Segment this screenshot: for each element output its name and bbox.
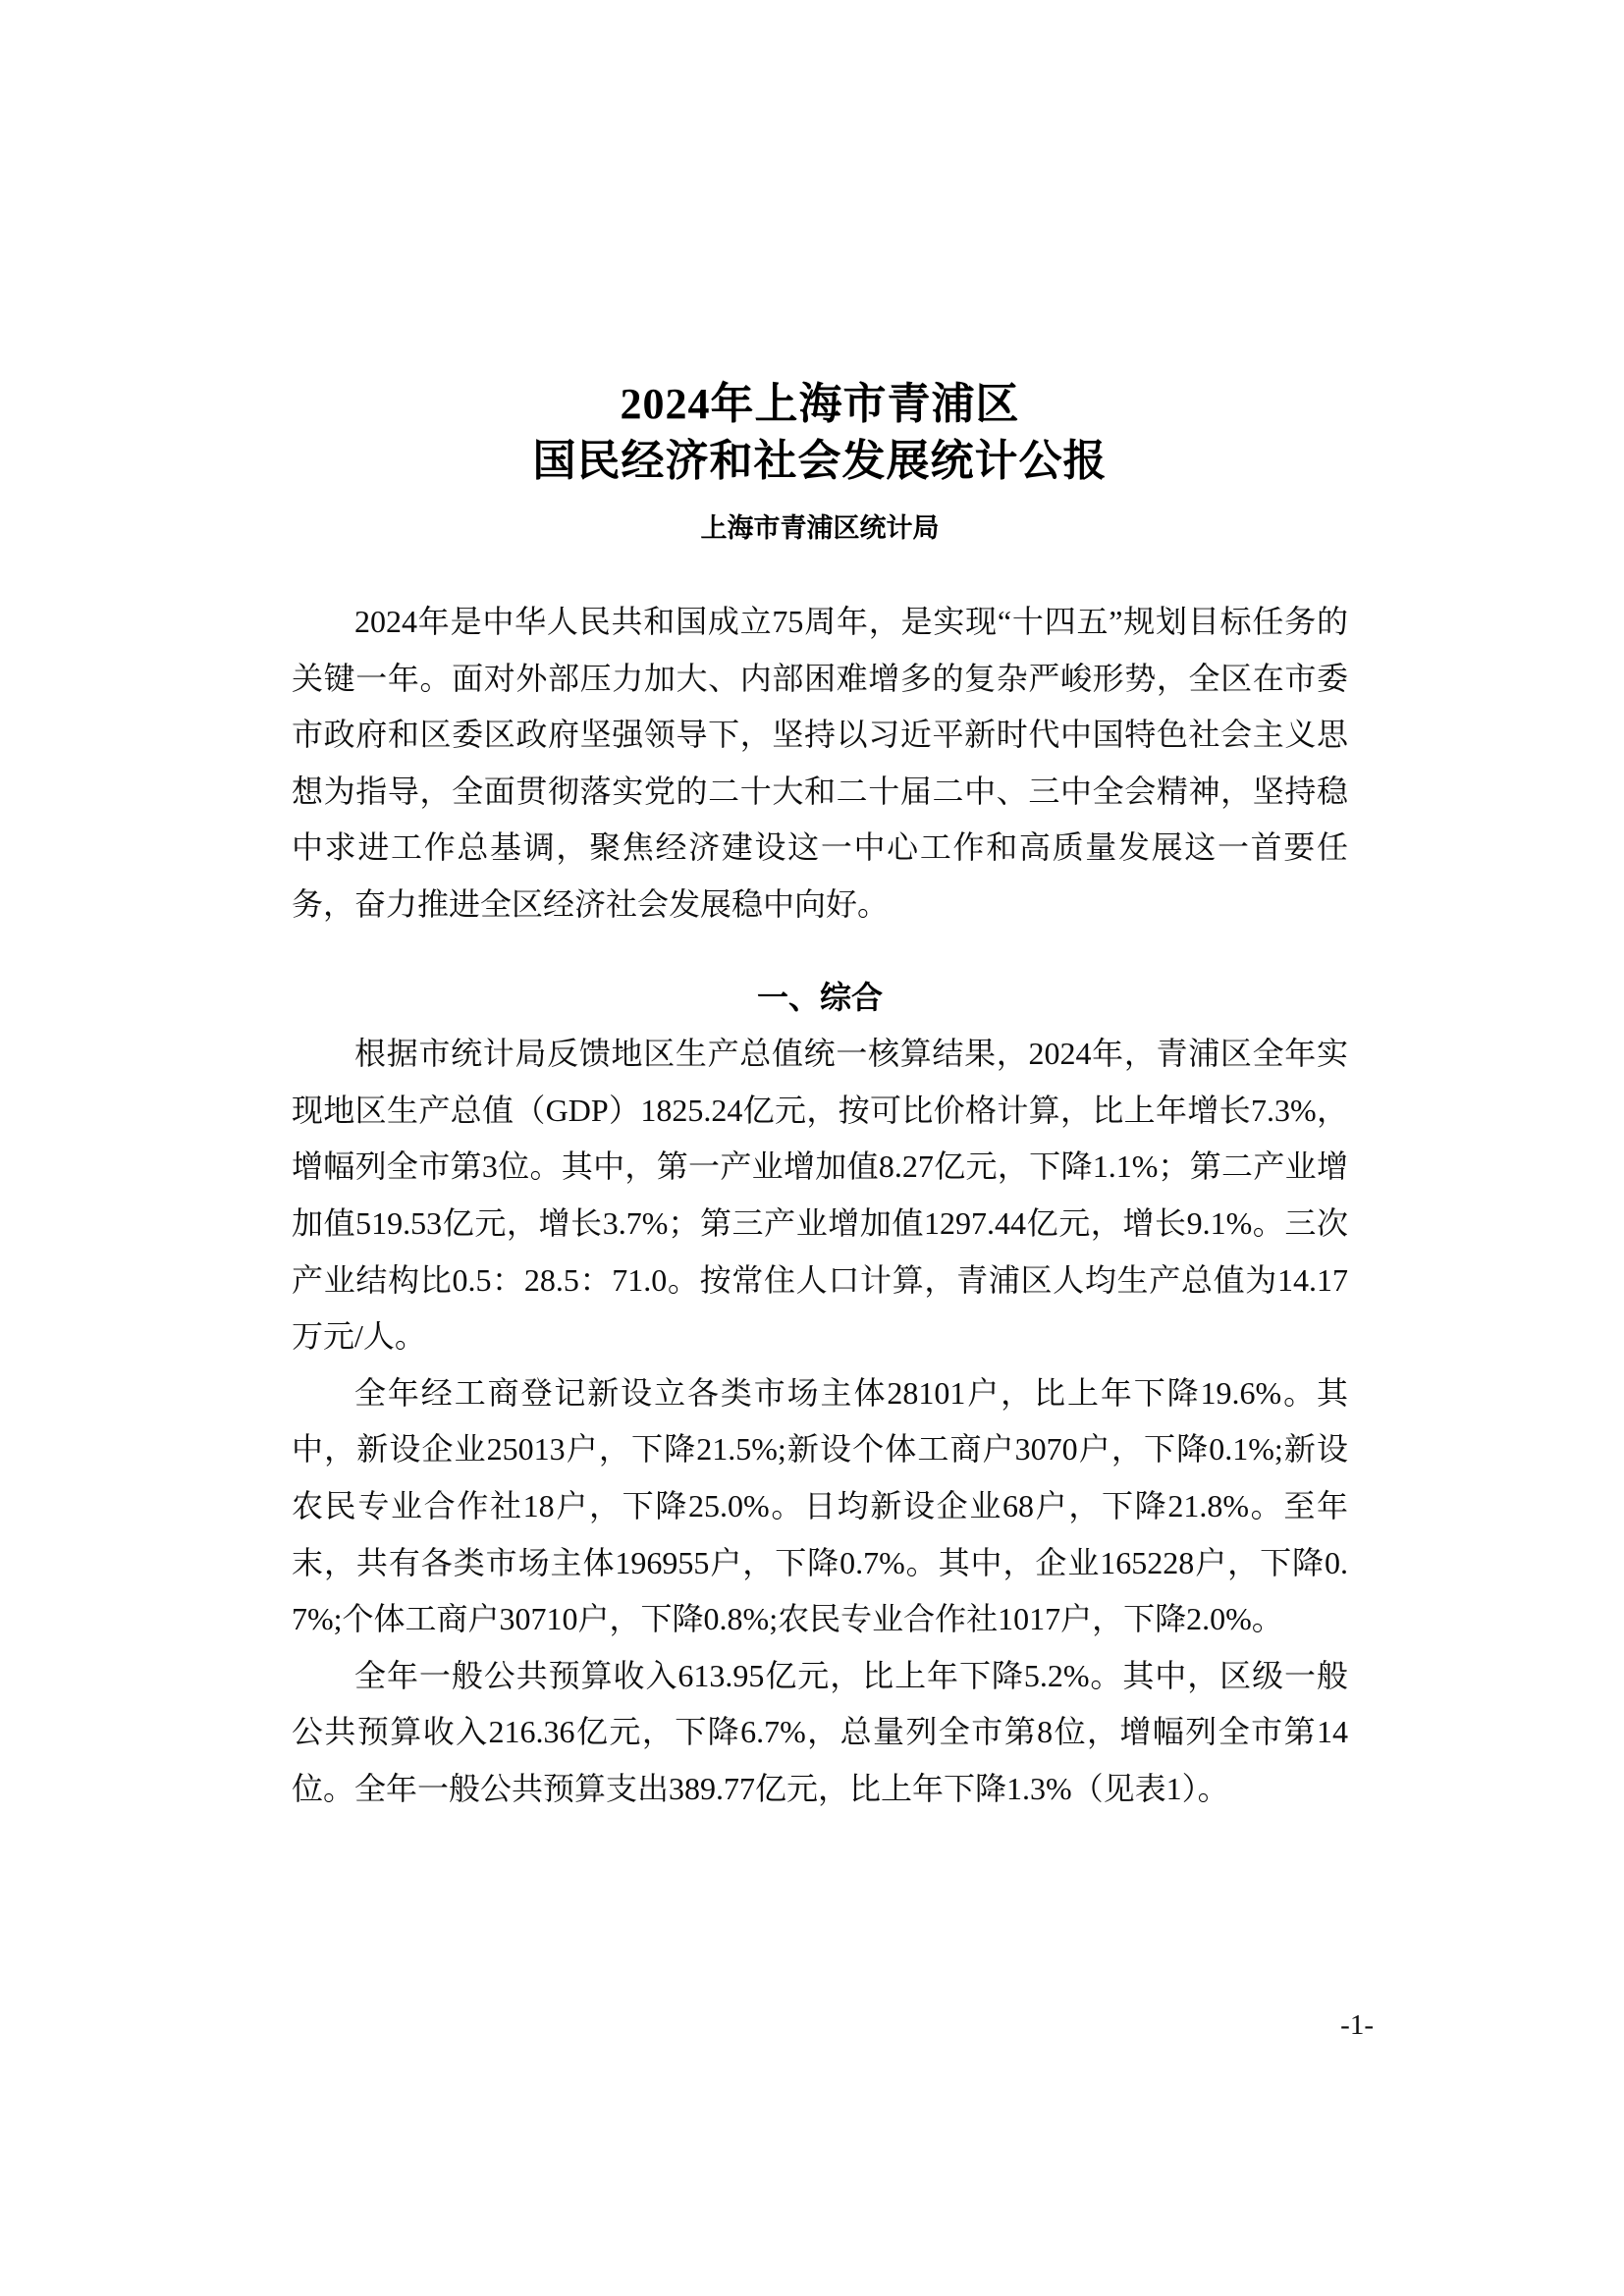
document-title-line1: 2024年上海市青浦区	[292, 376, 1348, 433]
paragraph-intro: 2024年是中华人民共和国成立75周年，是实现“十四五”规划目标任务的关键一年。…	[292, 594, 1348, 934]
document-page: 2024年上海市青浦区 国民经济和社会发展统计公报 上海市青浦区统计局 2024…	[0, 0, 1624, 2296]
paragraph-gdp: 根据市统计局反馈地区生产总值统一核算结果，2024年，青浦区全年实现地区生产总值…	[292, 1026, 1348, 1365]
document-subtitle: 上海市青浦区统计局	[292, 513, 1348, 543]
paragraph-market-entities: 全年经工商登记新设立各类市场主体28101户，比上年下降19.6%。其中，新设企…	[292, 1365, 1348, 1648]
paragraph-budget: 全年一般公共预算收入613.95亿元，比上年下降5.2%。其中，区级一般公共预算…	[292, 1648, 1348, 1818]
page-number: -1-	[1340, 2008, 1374, 2042]
document-body: 2024年是中华人民共和国成立75周年，是实现“十四五”规划目标任务的关键一年。…	[292, 594, 1348, 1817]
document-content: 2024年上海市青浦区 国民经济和社会发展统计公报 上海市青浦区统计局 2024…	[292, 376, 1348, 1817]
section-heading-overview: 一、综合	[292, 970, 1348, 1027]
document-title-line2: 国民经济和社会发展统计公报	[292, 433, 1348, 490]
document-title: 2024年上海市青浦区 国民经济和社会发展统计公报	[292, 376, 1348, 490]
